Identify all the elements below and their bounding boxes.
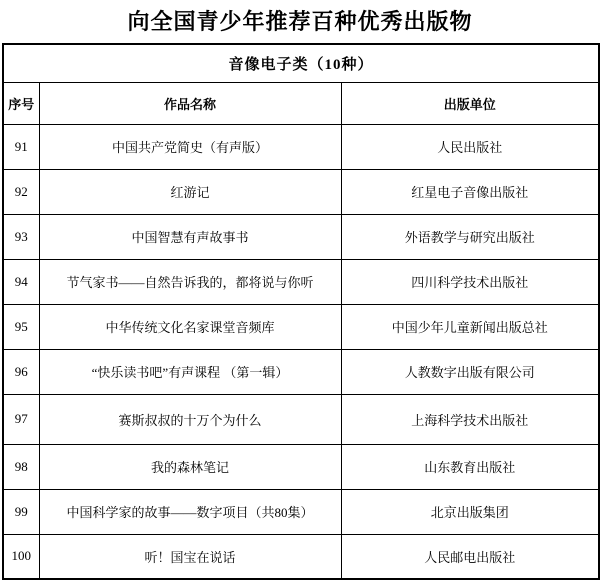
publisher-cell: 四川科学技术出版社 [341,259,599,304]
table-row: 97 赛斯叔叔的十万个为什么 上海科学技术出版社 [3,394,599,444]
category-header: 音像电子类（10种） [3,44,599,82]
row-number-cell: 93 [3,214,39,259]
work-title-cell: 中国智慧有声故事书 [39,214,341,259]
column-header-title: 作品名称 [39,82,341,124]
work-title-cell: 节气家书——自然告诉我的，都将说与你听 [39,259,341,304]
publisher-cell: 山东教育出版社 [341,444,599,489]
column-header-no: 序号 [3,82,39,124]
work-title-cell: 中国科学家的故事——数字项目（共80集） [39,489,341,534]
column-header-row: 序号 作品名称 出版单位 [3,82,599,124]
publisher-cell: 外语教学与研究出版社 [341,214,599,259]
row-number-cell: 92 [3,169,39,214]
publisher-cell: 人民出版社 [341,124,599,169]
work-title-cell: 中国共产党简史（有声版） [39,124,341,169]
publisher-cell: 上海科学技术出版社 [341,394,599,444]
publisher-cell: 人教数字出版有限公司 [341,349,599,394]
table-row: 100 听！国宝在说话 人民邮电出版社 [3,534,599,579]
document-page: 向全国青少年推荐百种优秀出版物 音像电子类（10种） 序号 作品名称 出版单位 … [0,0,600,585]
table-row: 96 “快乐读书吧”有声课程 （第一辑） 人教数字出版有限公司 [3,349,599,394]
work-title-cell: 听！国宝在说话 [39,534,341,579]
table-row: 95 中华传统文化名家课堂音频库 中国少年儿童新闻出版总社 [3,304,599,349]
publisher-cell: 人民邮电出版社 [341,534,599,579]
table-row: 99 中国科学家的故事——数字项目（共80集） 北京出版集团 [3,489,599,534]
row-number-cell: 91 [3,124,39,169]
publisher-cell: 北京出版集团 [341,489,599,534]
table-row: 92 红游记 红星电子音像出版社 [3,169,599,214]
publisher-cell: 红星电子音像出版社 [341,169,599,214]
table-row: 94 节气家书——自然告诉我的，都将说与你听 四川科学技术出版社 [3,259,599,304]
work-title-cell: 赛斯叔叔的十万个为什么 [39,394,341,444]
row-number-cell: 98 [3,444,39,489]
publisher-cell: 中国少年儿童新闻出版总社 [341,304,599,349]
table-row: 91 中国共产党简史（有声版） 人民出版社 [3,124,599,169]
table-row: 98 我的森林笔记 山东教育出版社 [3,444,599,489]
category-header-row: 音像电子类（10种） [3,44,599,82]
row-number-cell: 95 [3,304,39,349]
row-number-cell: 94 [3,259,39,304]
row-number-cell: 100 [3,534,39,579]
row-number-cell: 97 [3,394,39,444]
table-row: 93 中国智慧有声故事书 外语教学与研究出版社 [3,214,599,259]
work-title-cell: 我的森林笔记 [39,444,341,489]
page-title: 向全国青少年推荐百种优秀出版物 [0,7,600,37]
publications-table: 音像电子类（10种） 序号 作品名称 出版单位 91 中国共产党简史（有声版） … [2,43,600,580]
work-title-cell: 中华传统文化名家课堂音频库 [39,304,341,349]
column-header-publisher: 出版单位 [341,82,599,124]
row-number-cell: 96 [3,349,39,394]
work-title-cell: 红游记 [39,169,341,214]
work-title-cell: “快乐读书吧”有声课程 （第一辑） [39,349,341,394]
row-number-cell: 99 [3,489,39,534]
